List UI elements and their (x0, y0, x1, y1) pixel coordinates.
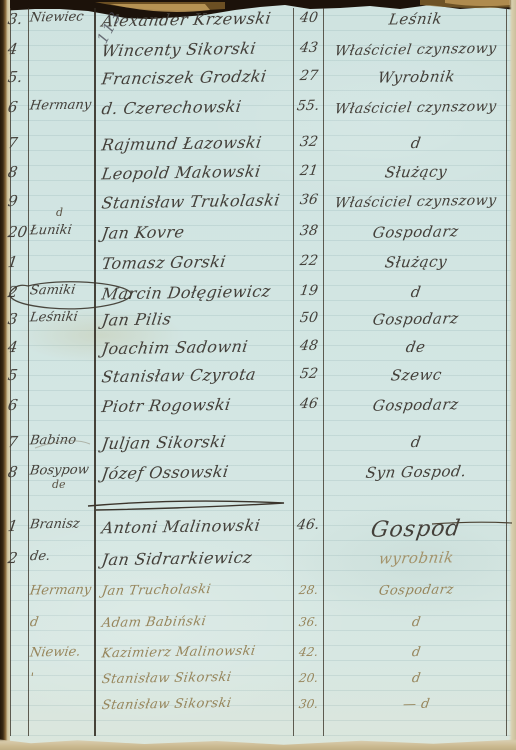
person-name: Stanisław Sikorski (102, 671, 294, 686)
row-number: 6 (8, 98, 28, 116)
occupation: Szewc (326, 366, 506, 384)
table-row: Stanisław Sikorski30.— d (0, 697, 516, 727)
table-row: 7BabinoJuljan Sikorskid (0, 433, 516, 463)
occupation: d (326, 283, 506, 301)
place-name: Leśniki (30, 310, 94, 325)
place-name (30, 68, 94, 83)
person-name: Jan Sidrarkiewicz (102, 549, 294, 568)
person-name: Leopold Makowski (102, 163, 294, 182)
occupation: de (326, 338, 506, 356)
table-row: 9Stanisław Trukolaski36Właściciel czynsz… (0, 192, 516, 222)
age-value: 36 (294, 192, 323, 208)
place-name: d (30, 615, 94, 630)
person-name: Piotr Rogowski (102, 396, 294, 415)
person-name: Marcin Dołęgiewicz (102, 283, 294, 302)
row-number (8, 671, 28, 689)
row-number (8, 615, 28, 633)
age-value: 42. (294, 645, 323, 659)
occupation: d (326, 615, 506, 630)
person-name: Rajmund Łazowski (102, 134, 294, 153)
person-name: Adam Babiński (102, 615, 294, 630)
occupation: Gospodarz (326, 583, 506, 598)
table-row: dAdam Babiński36.d (0, 615, 516, 645)
table-row: 20ŁunikiJan Kovre38Gospodarz (0, 223, 516, 253)
person-name: Jan Pilis (102, 310, 294, 329)
place-name (30, 163, 94, 178)
age-value: 48 (294, 338, 323, 354)
ditto-mark-bosypow: de (52, 478, 66, 491)
age-value: 46. (294, 517, 323, 533)
place-name (30, 697, 94, 712)
table-row: 3LeśnikiJan Pilis50Gospodarz (0, 310, 516, 340)
occupation: d (326, 433, 506, 451)
row-number: 2 (8, 283, 28, 301)
occupation: Gospodarz (326, 396, 506, 414)
person-name: Joachim Sadowni (102, 338, 294, 357)
place-name: Niewie. (30, 645, 94, 660)
table-row: 4Wincenty Sikorski43Właściciel czynszowy (0, 40, 516, 70)
table-row: 8Leopold Makowski21Służący (0, 163, 516, 193)
occupation: Wyrobnik (326, 68, 506, 86)
row-number: 8 (8, 463, 28, 481)
place-name: Hermany (30, 583, 94, 598)
person-name: Antoni Malinowski (102, 517, 294, 536)
table-row: 5.Franciszek Grodzki27Wyrobnik (0, 68, 516, 98)
person-name: Stanisław Czyrota (102, 366, 294, 385)
table-row: HermanyJan Trucholaski28.Gospodarz (0, 583, 516, 613)
person-name: Kazimierz Malinowski (102, 645, 294, 660)
row-number (8, 697, 28, 715)
place-name: Łuniki (30, 223, 94, 238)
row-number: 20 (8, 223, 28, 241)
row-number: 8 (8, 163, 28, 181)
occupation: — d (326, 697, 506, 712)
row-number (8, 583, 28, 601)
age-value: 32 (294, 134, 323, 150)
age-value (294, 433, 323, 449)
person-name: Jan Trucholaski (102, 583, 294, 598)
occupation: Służący (326, 163, 506, 181)
person-name: Wincenty Sikorski (102, 40, 294, 59)
occupation: wyrobnik (326, 549, 506, 567)
row-number: 9 (8, 192, 28, 210)
age-value: 19 (294, 283, 323, 299)
person-name: Stanisław Trukolaski (102, 192, 294, 211)
person-name: Jan Kovre (102, 223, 294, 242)
age-value: 36. (294, 615, 323, 629)
age-value: 52 (294, 366, 323, 382)
row-number: 7 (8, 433, 28, 451)
row-number: 7 (8, 134, 28, 152)
place-name: Branisz (30, 517, 94, 532)
occupation: d (326, 671, 506, 686)
row-number: 2 (8, 549, 28, 567)
place-name: Niewiec (30, 10, 94, 25)
place-name (30, 40, 94, 55)
table-row: 4Joachim Sadowni48de (0, 338, 516, 368)
occupation: Gospodarz (326, 223, 506, 241)
age-value: 30. (294, 697, 323, 711)
table-row: 6Piotr Rogowski46Gospodarz (0, 396, 516, 426)
age-value: 28. (294, 583, 323, 597)
person-name: Franciszek Grodzki (102, 68, 294, 87)
age-value: 27 (294, 68, 323, 84)
table-row: 8BosypowJózef OssowskiSyn Gospod. (0, 463, 516, 493)
place-name: de. (30, 549, 94, 564)
table-row: 5Stanisław Czyrota52Szewc (0, 366, 516, 396)
row-number: 5 (8, 366, 28, 384)
row-number: 1 (8, 517, 28, 535)
table-row: 2SamikiMarcin Dołęgiewicz19d (0, 283, 516, 313)
ditto-mark-luniki: d (56, 206, 63, 219)
table-row: 2de.Jan Sidrarkiewiczwyrobnik (0, 549, 516, 579)
occupation: Właściciel czynszowy (326, 98, 506, 116)
person-name: Alexander Krzewski (102, 10, 294, 29)
row-number: 5. (8, 68, 28, 86)
age-value: 50 (294, 310, 323, 326)
row-number: 1 (8, 253, 28, 271)
person-name: Tomasz Gorski (102, 253, 294, 272)
place-name: Hermany (30, 98, 94, 113)
table-row: 1Tomasz Gorski22Służący (0, 253, 516, 283)
occupation: Właściciel czynszowy (326, 40, 506, 58)
row-number: 4 (8, 338, 28, 356)
place-name (30, 192, 94, 207)
occupation: d (326, 134, 506, 152)
row-number: 4 (8, 40, 28, 58)
age-value: 46 (294, 396, 323, 412)
place-name: Samiki (30, 283, 94, 298)
row-number: 3 (8, 310, 28, 328)
table-row: 1BraniszAntoni Malinowski46.Gospod (0, 517, 516, 547)
place-name: Babino (30, 433, 94, 448)
age-value: 43 (294, 40, 323, 56)
occupation: Syn Gospod. (326, 463, 506, 481)
age-value: 38 (294, 223, 323, 239)
person-name: Juljan Sikorski (102, 433, 294, 452)
occupation: Właściciel czynszowy (326, 192, 506, 210)
place-name (30, 338, 94, 353)
table-row: 6Hermanyd. Czerechowski55.Właściciel czy… (0, 98, 516, 128)
scanned-registry-page: 3.NiewiecAlexander Krzewski40Leśnik4Winc… (0, 0, 516, 750)
age-value: 20. (294, 671, 323, 685)
table-row: 3.NiewiecAlexander Krzewski40Leśnik (0, 10, 516, 40)
place-name (30, 396, 94, 411)
place-name: ' (30, 671, 94, 686)
age-value: 21 (294, 163, 323, 179)
page-bottom-edge (0, 735, 516, 750)
occupation: d (326, 645, 506, 660)
place-name (30, 253, 94, 268)
age-value (294, 463, 323, 479)
person-name: Stanisław Sikorski (102, 697, 294, 712)
age-value: 22 (294, 253, 323, 269)
row-number: 6 (8, 396, 28, 414)
person-name: Józef Ossowski (102, 463, 294, 482)
row-number: 3. (8, 10, 28, 28)
occupation: Gospod (326, 517, 506, 542)
age-value (294, 549, 323, 565)
place-name (30, 134, 94, 149)
row-number (8, 645, 28, 663)
table-row: 7Rajmund Łazowski32d (0, 134, 516, 164)
age-value: 40 (294, 10, 323, 26)
person-name: d. Czerechowski (102, 98, 294, 117)
occupation: Gospodarz (326, 310, 506, 328)
age-value: 55. (294, 98, 323, 114)
place-name: Bosypow (30, 463, 94, 478)
occupation: Służący (326, 253, 506, 271)
place-name (30, 366, 94, 381)
occupation: Leśnik (326, 10, 506, 28)
